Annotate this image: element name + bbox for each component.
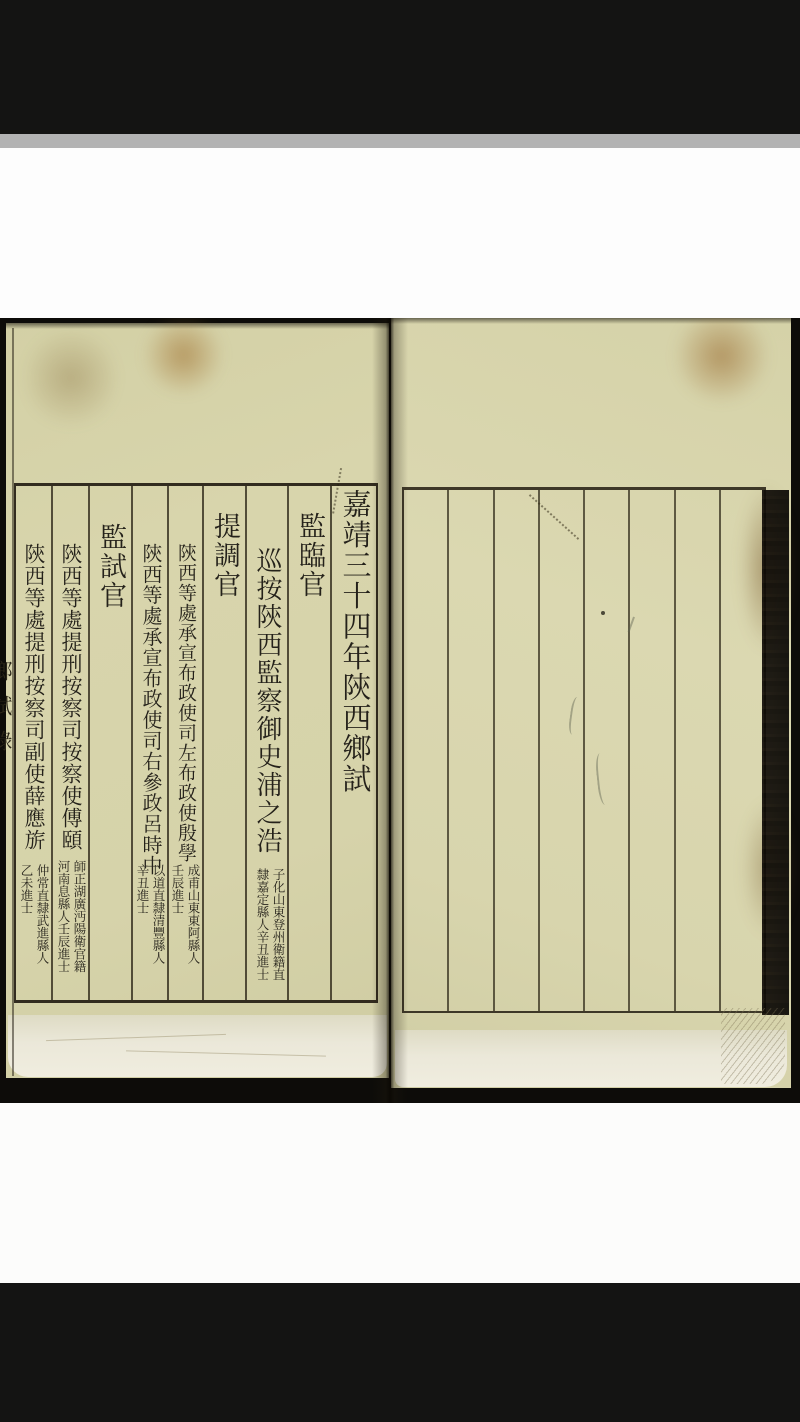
stain [674,318,769,406]
edge-text-glyphs: 鄉試錄 [0,660,11,765]
annotation-line: 河南息縣人壬辰進士 [53,860,69,973]
annotation-line: 師正湖廣沔陽衛官籍 [69,860,85,973]
entry-annotation: 以道直隸清豐縣人 辛丑進士 [132,864,164,964]
section-heading-column: 監試官 [88,486,131,1000]
annotation-line: 仲常直隸武進縣人 [32,864,48,964]
ruled-column [583,490,628,1011]
section-heading-column: 提調官 [202,486,245,1000]
annotation-line: 子化山東登州衛籍直 [268,868,284,981]
gray-divider-strip [0,134,800,148]
entry-text: 巡按陝西監察御史浦之浩 [254,486,280,855]
heading-text: 監臨官 [296,486,323,599]
blank-ruled-frame [402,487,766,1013]
annotation-line: 以道直隸清豐縣人 [148,864,164,964]
ruled-column [447,490,492,1011]
ruled-column [628,490,673,1011]
stacked-page-corner [721,1008,785,1084]
book-photo: 嘉靖三十四年陝西鄉試 監臨官 巡按陝西監察御史浦之浩 子化山東登州衛籍直 隸嘉定… [0,318,800,1103]
ruled-column [674,490,719,1011]
scan-page-margin-bottom [0,1103,800,1283]
annotation-line: 壬辰進士 [167,864,183,964]
entry-annotation: 師正湖廣沔陽衛官籍 河南息縣人壬辰進士 [53,860,85,973]
official-entry-column: 陝西等處承宣布政使司左布政使殷學 成甫山東東阿縣人 壬辰進士 [167,486,202,1000]
heading-text: 提調官 [211,486,238,599]
official-entry-column: 陝西等處提刑按察司按察使傅頤 師正湖廣沔陽衛官籍 河南息縣人壬辰進士 [51,486,88,1000]
screenshot-root: 嘉靖三十四年陝西鄉試 監臨官 巡按陝西監察御史浦之浩 子化山東登州衛籍直 隸嘉定… [0,0,800,1422]
ruled-column [719,490,764,1011]
page-fore-edge [8,1015,387,1077]
binding-edge-strip [762,490,789,1015]
entry-text: 陝西等處承宣布政使司右參政呂時中 [140,486,160,876]
ruled-column [404,490,447,1011]
stain [141,318,226,395]
annotation-line: 成甫山東東阿縣人 [183,864,199,964]
official-entry-column: 陝西等處提刑按察司副使薛應旂 仲常直隸武進縣人 乙未進士 [16,486,51,1000]
entry-annotation: 成甫山東東阿縣人 壬辰進士 [167,864,199,964]
heading-text: 監試官 [97,486,124,610]
entry-annotation: 仲常直隸武進縣人 乙未進士 [16,864,48,964]
annotation-line: 隸嘉定縣人辛丑進士 [252,868,268,981]
official-entry-column: 巡按陝西監察御史浦之浩 子化山東登州衛籍直 隸嘉定縣人辛丑進士 [245,486,287,1000]
ruled-column [538,490,583,1011]
text-frame: 嘉靖三十四年陝西鄉試 監臨官 巡按陝西監察御史浦之浩 子化山東登州衛籍直 隸嘉定… [14,483,378,1003]
ruled-column [493,490,538,1011]
bottom-letterbox [0,1283,800,1422]
annotation-line: 辛丑進士 [132,864,148,964]
page-edge-text: 鄉試錄 [0,660,13,825]
annotation-line: 乙未進士 [16,864,32,964]
right-page [391,318,791,1088]
title-text: 嘉靖三十四年陝西鄉試 [340,486,369,794]
official-entry-column: 陝西等處承宣布政使司右參政呂時中 以道直隸清豐縣人 辛丑進士 [131,486,167,1000]
scan-page-margin-top [0,148,800,318]
entry-text: 陝西等處承宣布政使司左布政使殷學 [176,486,195,863]
ink-dot [601,611,605,615]
stain [26,323,116,433]
entry-text: 陝西等處提刑按察司按察使傅頤 [60,486,81,851]
top-letterbox [0,0,800,134]
book-gutter-shadow [372,318,408,1103]
entry-annotation: 子化山東登州衛籍直 隸嘉定縣人辛丑進士 [252,868,284,981]
title-column: 嘉靖三十四年陝西鄉試 [330,486,376,1000]
left-page: 嘉靖三十四年陝西鄉試 監臨官 巡按陝西監察御史浦之浩 子化山東登州衛籍直 隸嘉定… [6,323,389,1078]
entry-text: 陝西等處提刑按察司副使薛應旂 [23,486,44,851]
section-heading-column: 監臨官 [287,486,330,1000]
